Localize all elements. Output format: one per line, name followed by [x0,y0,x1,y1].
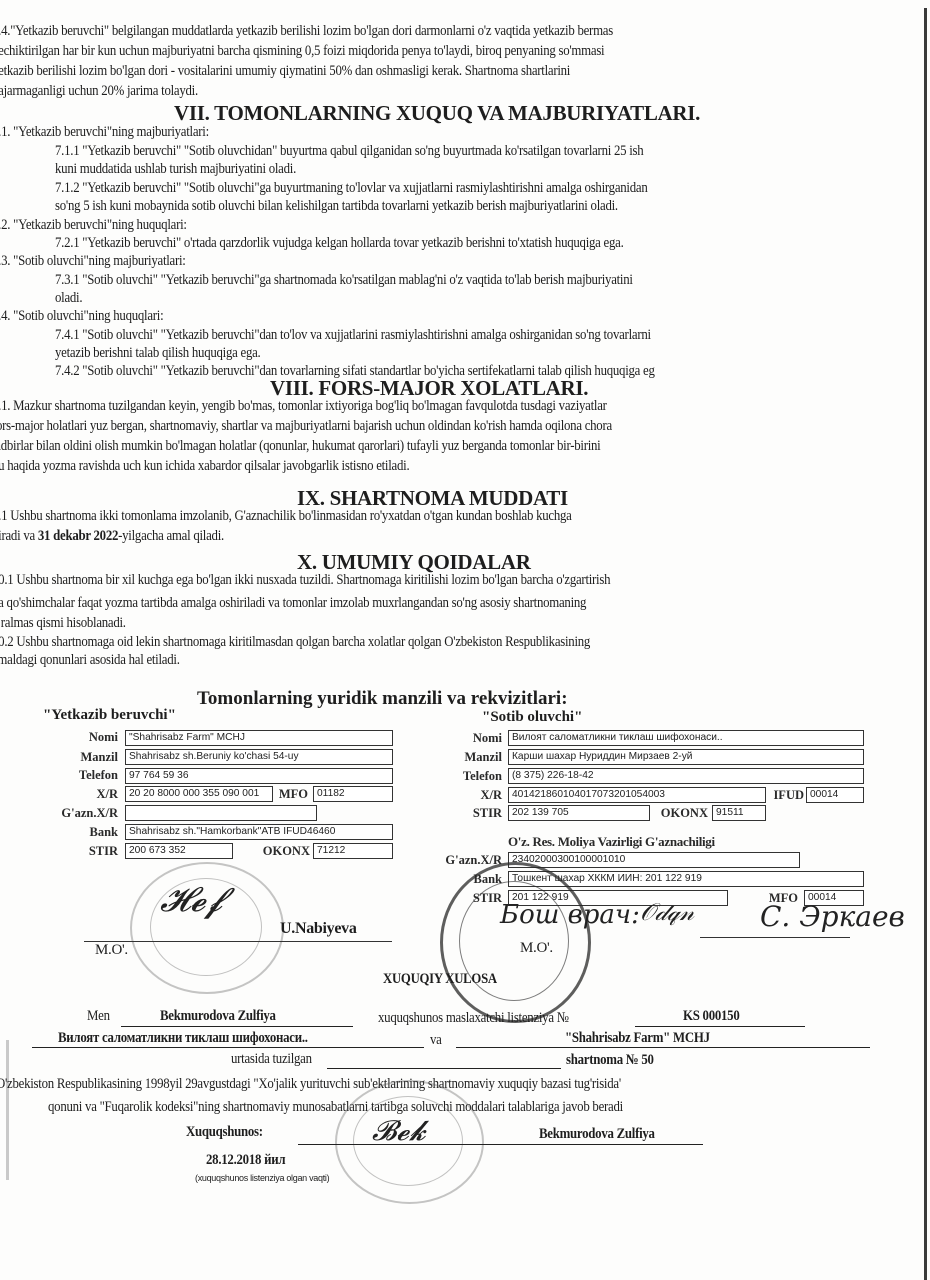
clause-line: va qo'shimchalar faqat yozma tartibda am… [0,595,667,612]
supplier-treasury-label: G'azn.X/R [20,806,118,821]
scan-artifact [6,1040,9,1180]
lawyer-label: Xuquqshunos: [186,1124,273,1141]
men-label: Men [87,1008,113,1025]
opinion-date-note: (xuquqshunos listenziya olgan vaqti) [195,1173,329,1183]
clause-line: 10.2 Ushbu shartnomaga oid lekin shartno… [0,634,672,651]
license-text: xuquqshunos maslaxatchi listenziya № [378,1010,595,1027]
buyer-treasury-field: 23402000300100001010 [508,852,800,868]
buyer-phone-field: (8 375) 226-18-42 [508,768,864,784]
clause-line: 7.2.1 "Yetkazib beruvchi" o'rtada qarzdo… [55,235,701,252]
paragraph-line: bajarmaganligi uchun 20% jarima tolaydi. [0,83,226,100]
buyer-address-field: Карши шахар Нуриддин Мирзаев 2-уй [508,749,864,765]
buyer-okonx-field: 91511 [712,805,766,821]
clause-line: tadbirlar bilan oldini olish mumkin bo'l… [0,438,683,455]
clause-line: kiradi va 31 dekabr 2022-yilgacha amal q… [0,528,256,545]
buyer-seal-label: M.O'. [520,940,553,957]
supplier-phone-label: Telefon [40,768,118,783]
clause-line: 7.4.1 "Sotib oluvchi" "Yetkazib beruvchi… [55,327,732,344]
supplier-okonx-field: 71212 [313,843,393,859]
clause-line: kuni muddatida ushlab turish majburiyati… [55,161,329,178]
lawyer-signer-name: Bekmurodova Zulfiya [539,1126,670,1143]
buyer-name-field: Вилоят саломатликни тиклаш шифохонаси.. [508,730,864,746]
supplier-seal-label: M.O'. [95,942,128,959]
underline [456,1047,870,1048]
underline [635,1026,805,1027]
supplier-address-field: Shahrisabz sh.Beruniy ko'chasi 54-uy [125,749,393,765]
buyer-name-label: Nomi [440,731,502,746]
buyer-stir-field: 202 139 705 [508,805,650,821]
buyer-signature: 𝒪𝒹𝓆𝓃 [640,898,694,926]
clause-line: bu haqida yozma ravishda uch kun ichida … [0,458,466,475]
lawyer-signature: 𝓑𝓮𝓴 [372,1114,426,1148]
party2-name: "Shahrisabz Farm" MCHJ [565,1030,729,1047]
party1-name: Вилоят саломатликни тиклаш шифохонаси.. [58,1030,342,1047]
supplier-stir-field: 200 673 352 [125,843,233,859]
supplier-address-label: Manzil [40,750,118,765]
va-text: va [430,1032,443,1049]
requisites-title: Tomonlarning yuridik manzili va rekvizit… [197,688,568,710]
supplier-account-label: X/R [40,787,118,802]
legal-opinion-heading: XUQUQIY XULOSA [383,971,512,988]
buyer-account-field: 401421860104017073201054003 [508,787,766,803]
underline [327,1068,561,1069]
clause-line: 7.4. "Sotib oluvchi"ning huquqlari: [0,308,187,325]
paragraph-line: 5.4."Yetkazib beruvchi" belgilangan mudd… [0,23,698,40]
clause-line: 7.3.1 "Sotib oluvchi" "Yetkazib beruvchi… [55,272,711,289]
supplier-title: "Yetkazib beruvchi" [43,707,176,724]
underline [298,1144,703,1145]
license-number: KS 000150 [683,1008,747,1025]
clause-line: ajralmas qismi hisoblanadi. [0,615,144,632]
section-7-heading: VII. TOMONLARNING XUQUQ VA MAJBURIYATLAR… [174,101,700,126]
supplier-okonx-label: OKONX [255,844,310,859]
supplier-signer-name: U.Nabiyeva [280,920,357,938]
underline [121,1026,353,1027]
clause-line: 7.1.1 "Yetkazib beruvchi" "Sotib oluvchi… [55,143,724,160]
buyer-handwriting-title: Бош врач: [500,900,640,930]
buyer-phone-label: Telefon [430,769,502,784]
supplier-treasury-field [125,805,317,821]
buyer-ifud-label: IFUD [770,788,804,803]
underline [32,1047,424,1048]
page-edge-shadow [924,8,927,1280]
supplier-stir-label: STIR [40,844,118,859]
clause-line: yetazib berishni talab qilish huquqiga e… [55,345,289,362]
buyer-address-label: Manzil [440,750,502,765]
between-text: urtasida tuzilgan [231,1051,323,1068]
buyer-title: "Sotib oluvchi" [482,709,582,726]
supplier-mfo-label: MFO [278,787,308,802]
buyer-okonx-label: OKONX [656,806,708,821]
supplier-signature: 𝓗𝓮𝓯 [160,880,223,920]
buyer-handwriting-name: С. Эркаев [760,900,905,933]
clause-line: 8.1. Mazkur shartnoma tuzilgandan keyin,… [0,398,690,415]
clause-line: fors-major holatlari yuz bergan, shartno… [0,418,696,435]
clause-line: 7.1.2 "Yetkazib beruvchi" "Sotib oluvchi… [55,180,728,197]
supplier-bank-label: Bank [40,825,118,840]
buyer-ifud-field: 00014 [806,787,864,803]
clause-line: 7.3. "Sotib oluvchi"ning majburiyatlari: [0,253,212,270]
clause-line: so'ng 5 ish kuni mobaynida sotib oluvchi… [55,198,695,215]
opinion-date: 28.12.2018 йил [206,1152,296,1169]
clause-line: 7.2. "Yetkazib beruvchi"ning huquqlari: [0,217,213,234]
clause-line: amaldagi qonunlari asosida hal etiladi. [0,652,205,669]
buyer-stamp [440,862,591,1023]
buyer-treasury-header: O'z. Res. Moliya Vazirligi G'aznachiligi [508,834,715,850]
buyer-signature-line [700,937,850,938]
supplier-account-field: 20 20 8000 000 355 090 001 [125,786,273,802]
contract-number: shartnoma № 50 [566,1052,666,1069]
paragraph-line: kechiktirilgan har bir kun uchun majburi… [0,43,688,60]
supplier-bank-field: Shahrisabz sh."Hamkorbank"ATB IFUD46460 [125,824,393,840]
lawyer-name: Bekmurodova Zulfiya [160,1008,291,1025]
clause-line: 7.1. "Yetkazib beruvchi"ning majburiyatl… [0,124,239,141]
buyer-account-label: X/R [440,788,502,803]
supplier-name-label: Nomi [40,730,118,745]
conclusion-line-1: O'zbekiston Respublikasining 1998yil 29a… [0,1076,706,1093]
clause-line: 9.1 Ushbu shartnoma ikki tomonlama imzol… [0,508,651,525]
contract-page: 5.4."Yetkazib beruvchi" belgilangan mudd… [0,0,930,1280]
paragraph-line: yetkazib berilishi lozim bo'lgan dori - … [0,63,649,80]
clause-line: oladi. [55,290,86,307]
supplier-phone-field: 97 764 59 36 [125,768,393,784]
supplier-signature-line [84,941,392,942]
supplier-mfo-field: 01182 [313,786,393,802]
clause-line: 10.1 Ushbu shartnoma bir xil kuchga ega … [0,572,695,589]
buyer-stir-label: STIR [440,806,502,821]
supplier-name-field: "Shahrisabz Farm" MCHJ [125,730,393,746]
